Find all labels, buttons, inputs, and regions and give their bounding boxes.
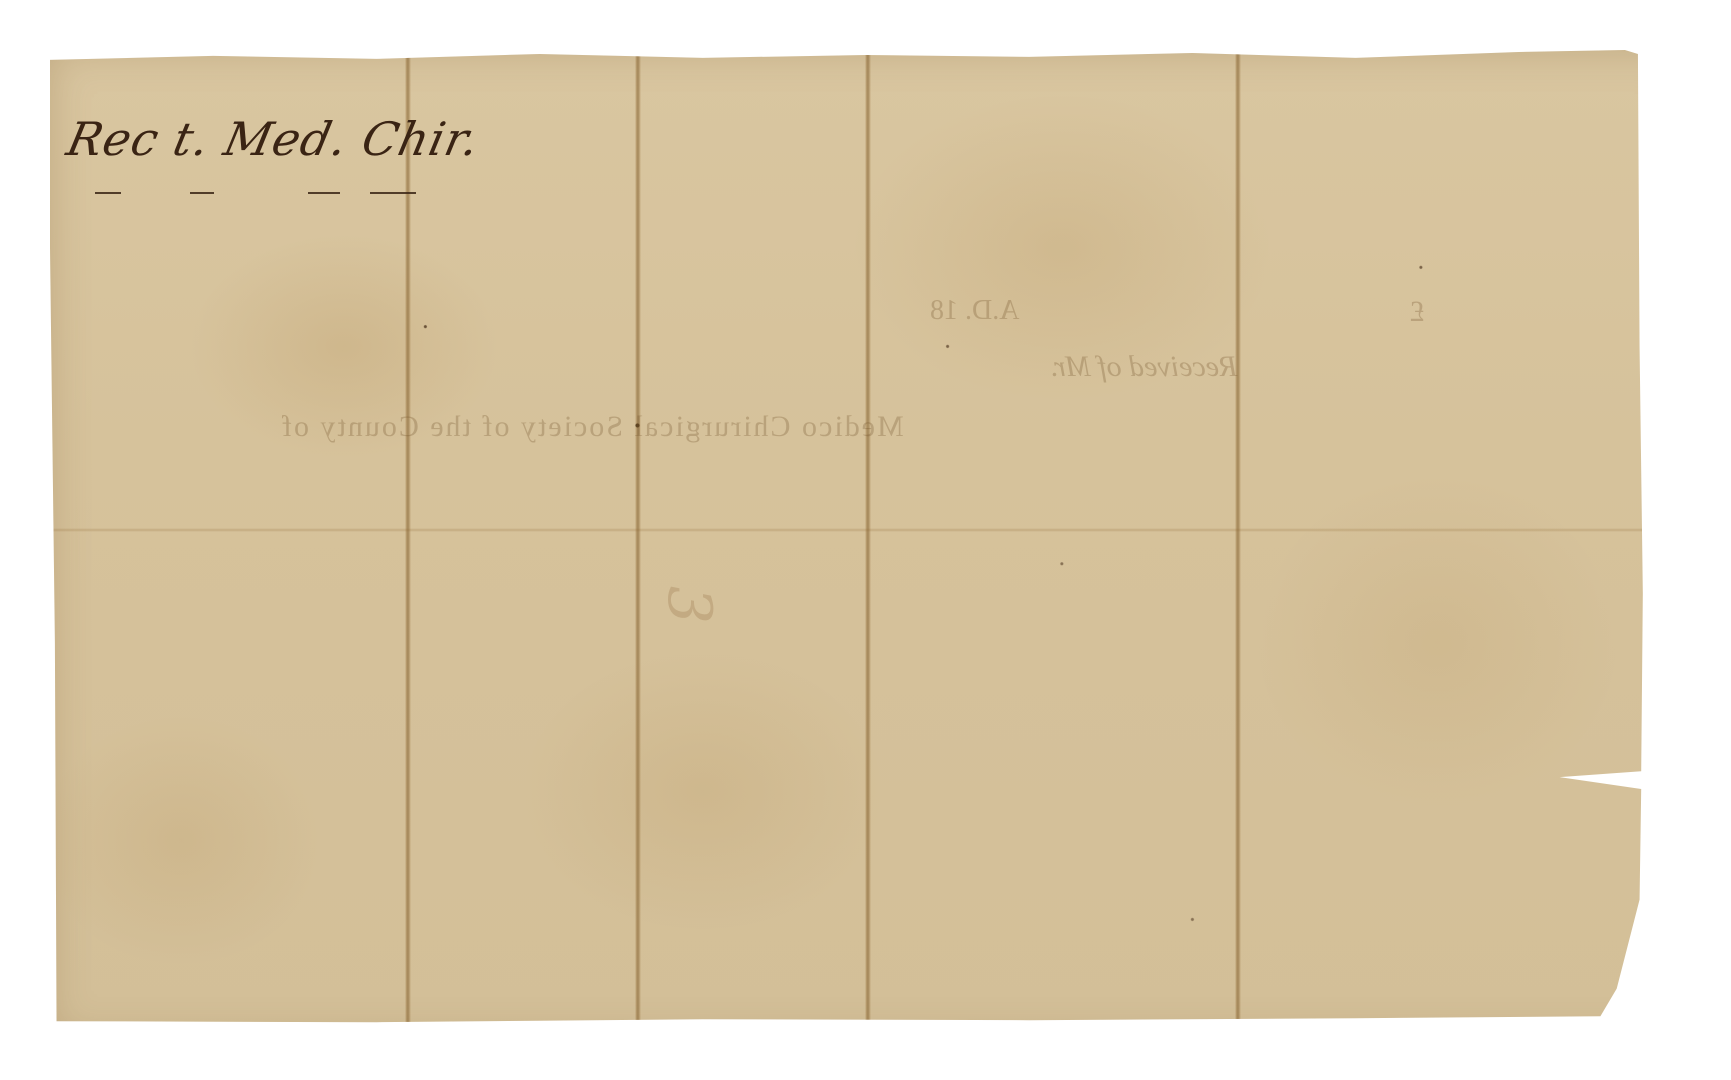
fold-line-1: [405, 50, 411, 1038]
document-sheet: Rec t. Med. Chir. A.D. 18 £ Received of …: [50, 50, 1682, 1038]
docket-underline-4: [370, 192, 416, 194]
docket-underline-1: [95, 192, 121, 194]
docket-underline-3: [308, 192, 340, 194]
fold-line-2: [635, 50, 641, 1038]
bleed-through-society: Medico Chirurgical Society of the County…: [280, 410, 904, 444]
bleed-through-date: A.D. 18: [930, 295, 1019, 327]
handwritten-docket: Rec t. Med. Chir.: [62, 112, 485, 166]
docket-underline-2: [190, 192, 214, 194]
bleed-through-received: Received of Mr.: [1050, 350, 1237, 384]
fold-line-3: [865, 50, 871, 1038]
faint-handwriting: 3: [654, 586, 724, 624]
fold-line-horizontal: [50, 528, 1682, 532]
fold-line-4: [1235, 50, 1241, 1038]
bleed-through-amount: £: [1410, 295, 1425, 329]
